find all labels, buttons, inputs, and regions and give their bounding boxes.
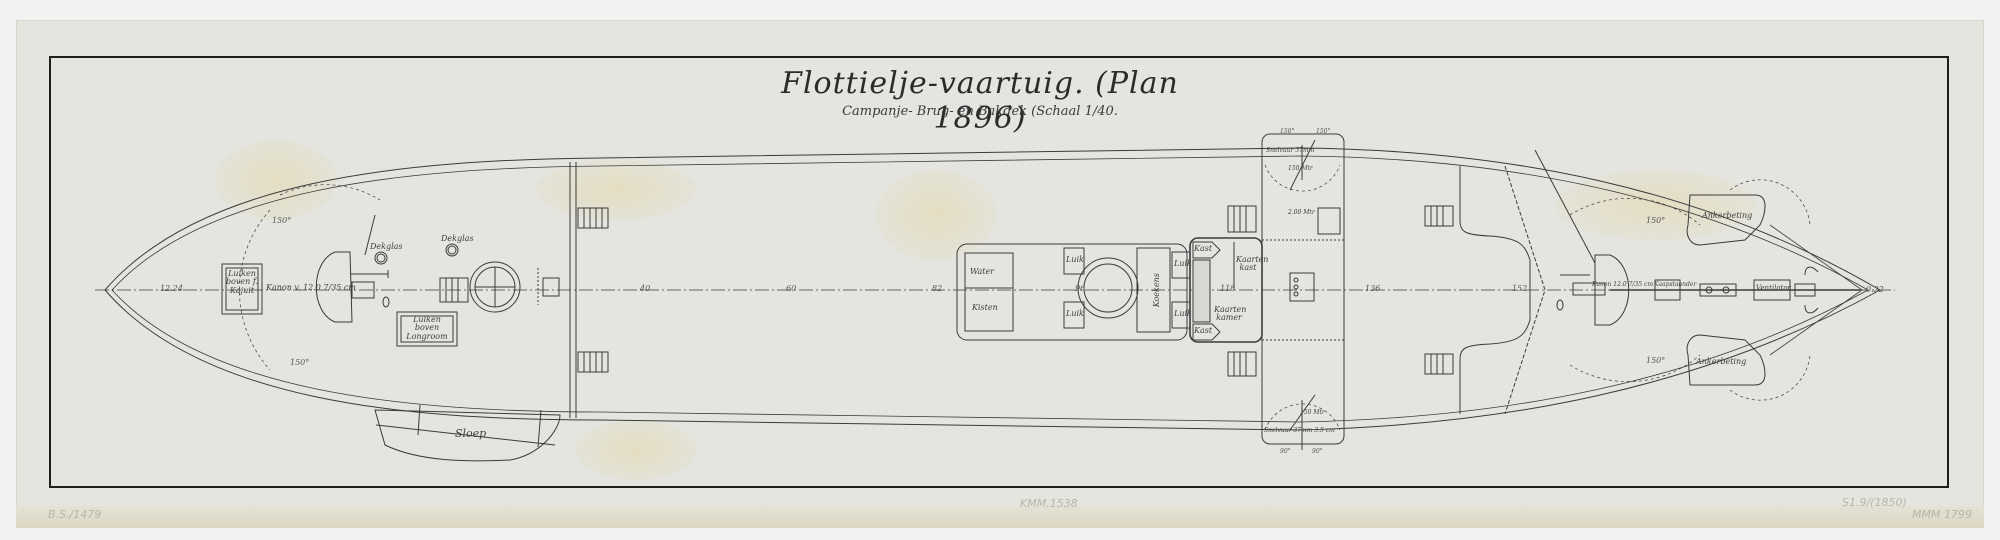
bridge-deck: [1262, 134, 1344, 444]
hatch-label: Luik: [1174, 310, 1192, 318]
arc-label: 150°: [1280, 128, 1294, 135]
skylight-label: Dekglas: [441, 235, 474, 243]
bridge-gun-bottom-label: Snelvuur 37mm 3.5 cm: [1264, 428, 1335, 434]
station-label: 60: [786, 284, 796, 293]
bridge-dimension: 2.00 Mtr: [1288, 210, 1315, 216]
bridge-radius-bottom: 150 Mtr: [1300, 410, 1325, 416]
arc-label: 150°: [1646, 216, 1665, 225]
skylight-label: Dekglas: [370, 243, 403, 251]
stack-label: Koekens: [1153, 273, 1161, 307]
anchor-bed-label: Ankerbeting: [1696, 358, 1746, 366]
longroom-box-label: Luiken boven Longroom: [400, 316, 454, 341]
archive-mark: MMM 1799: [1912, 508, 1972, 521]
chest-label: Kast: [1194, 327, 1212, 335]
station-label: 136: [1365, 284, 1380, 293]
station-label-stern: 12.24: [160, 284, 183, 293]
station-label: 96: [1075, 284, 1085, 293]
arc-label: 150°: [1646, 356, 1665, 365]
bow-cannon-label: Kanon 12.0 7/35 cm: [1592, 282, 1653, 288]
stern-cannon-label: Kanon v. 12.0 7/35 cm: [266, 284, 356, 292]
bridge-radius-top: 150 Mtr: [1288, 166, 1313, 172]
arc-label: 90°: [1280, 448, 1291, 455]
station-label: 118: [1220, 284, 1235, 293]
station-label: 82: [932, 284, 942, 293]
hull-outline: [105, 148, 1880, 430]
stern-box-label: Luiken boven f. Kajuit: [222, 270, 262, 295]
arc-label: 150°: [290, 358, 309, 367]
station-label: 152: [1512, 284, 1527, 293]
ventilator-label: Ventilator: [1756, 285, 1791, 292]
chart-room-label: Kaarten kamer: [1214, 306, 1244, 323]
chest-label: Kast: [1194, 245, 1212, 253]
boat-label: Sloep: [455, 428, 486, 440]
station-label-bow: 0.22: [1866, 285, 1884, 294]
archive-mark: S1.9/(1850): [1842, 496, 1907, 509]
drawing-title: Flottielje-vaartuig. (Plan 1896): [780, 66, 1180, 136]
capstan-label: Kaapstaander: [1654, 282, 1696, 288]
hatch-label: Luik: [1066, 310, 1084, 318]
arc-label: 90°: [1312, 448, 1323, 455]
kisten-label: Kisten: [972, 304, 998, 312]
anchor-bed-label: Ankerbeting: [1702, 212, 1752, 220]
hatch-label: Luik: [1174, 260, 1192, 268]
water-label: Water: [970, 268, 994, 276]
archive-mark: B.S./1479: [48, 508, 101, 521]
hatch-label: Luik: [1066, 256, 1084, 264]
bridge-gun-top-label: Snelvuur 37mm: [1266, 148, 1314, 154]
station-label: 40: [640, 284, 650, 293]
drawing-subtitle: Campanje- Brug- en Bakdek (Schaal 1/40.: [820, 104, 1140, 119]
chart-desk-label: Kaarten kast: [1236, 256, 1260, 273]
arc-label: 150°: [272, 216, 291, 225]
arc-label: 150°: [1316, 128, 1330, 135]
archive-stamp: KMM.1538: [1020, 497, 1078, 510]
